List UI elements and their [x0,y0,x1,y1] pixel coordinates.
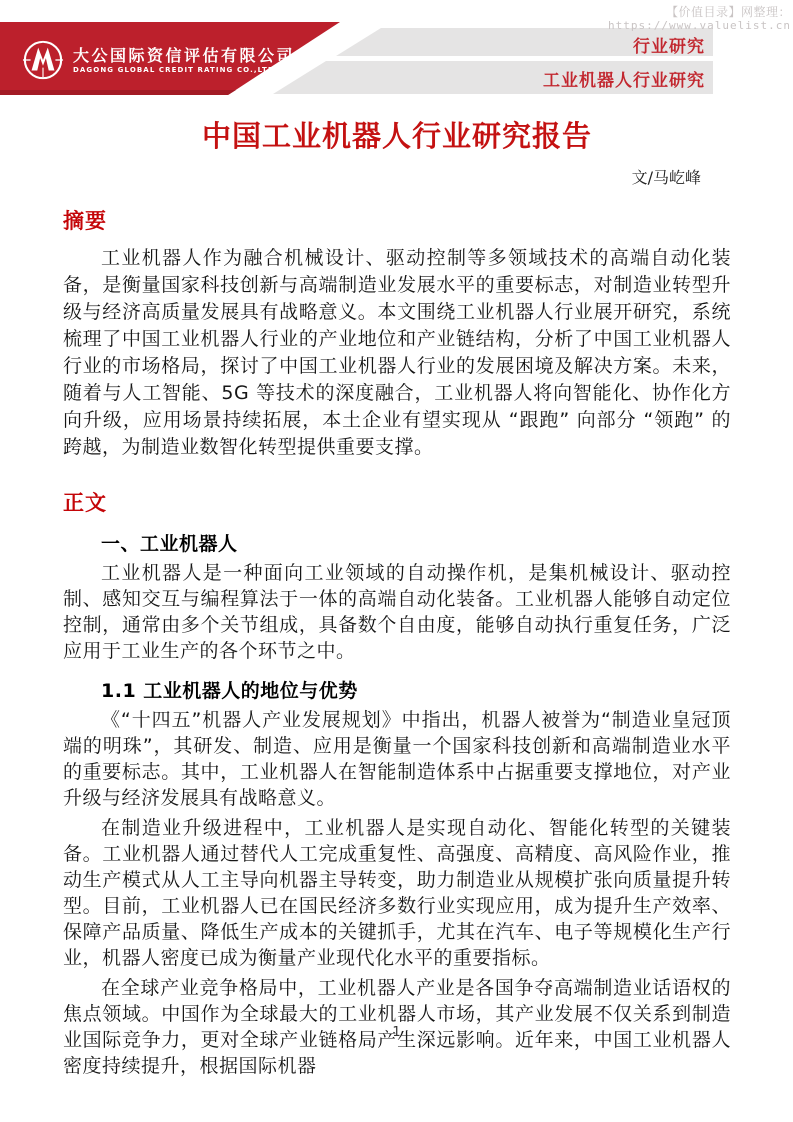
report-title: 中国工业机器人行业研究报告 [63,116,731,156]
section-1-heading: 一、工业机器人 [63,529,731,556]
document-content: 中国工业机器人行业研究报告 文/马屹峰 摘要 工业机器人作为融合机械设计、驱动控… [63,116,731,1079]
company-logo-block: 大公国际资信评估有限公司 DAGONG GLOBAL CREDIT RATING… [22,36,322,84]
abstract-heading: 摘要 [63,205,731,235]
section-1-1-heading: 1.1 工业机器人的地位与优势 [63,676,731,703]
report-author: 文/马屹峰 [63,165,731,188]
abstract-paragraph: 工业机器人作为融合机械设计、驱动控制等多领域技术的高端自动化装备，是衡量国家科技… [63,245,731,461]
dagong-logo-icon [22,39,64,81]
section-1-1-paragraph-2: 在制造业升级进程中，工业机器人是实现自动化、智能化转型的关键装备。工业机器人通过… [63,815,731,971]
section-1-1-paragraph-1: 《“十四五”机器人产业发展规划》中指出，机器人被誉为“制造业皇冠顶端的明珠”，其… [63,707,731,811]
section-1-paragraph: 工业机器人是一种面向工业领域的自动操作机，是集机械设计、驱动控制、感知交互与编程… [63,560,731,664]
category-tag-robot-research: 工业机器人行业研究 [543,66,705,91]
company-name-cn: 大公国际资信评估有限公司 [73,46,295,65]
watermark-url-text: https://www.valuelist.cn [608,19,791,33]
category-tag-industry-research: 行业研究 [633,32,705,57]
watermark: 【价值目录】网整理： https://www.valuelist.cn [608,5,791,33]
report-page: 大公国际资信评估有限公司 DAGONG GLOBAL CREDIT RATING… [0,0,793,1122]
page-number: 1 [0,1025,793,1040]
watermark-source-text: 【价值目录】网整理： [608,5,791,19]
company-name-en: DAGONG GLOBAL CREDIT RATING CO.,LTD [73,65,295,75]
red-banner-shadow-edge [0,90,236,95]
main-body-heading: 正文 [63,487,731,517]
